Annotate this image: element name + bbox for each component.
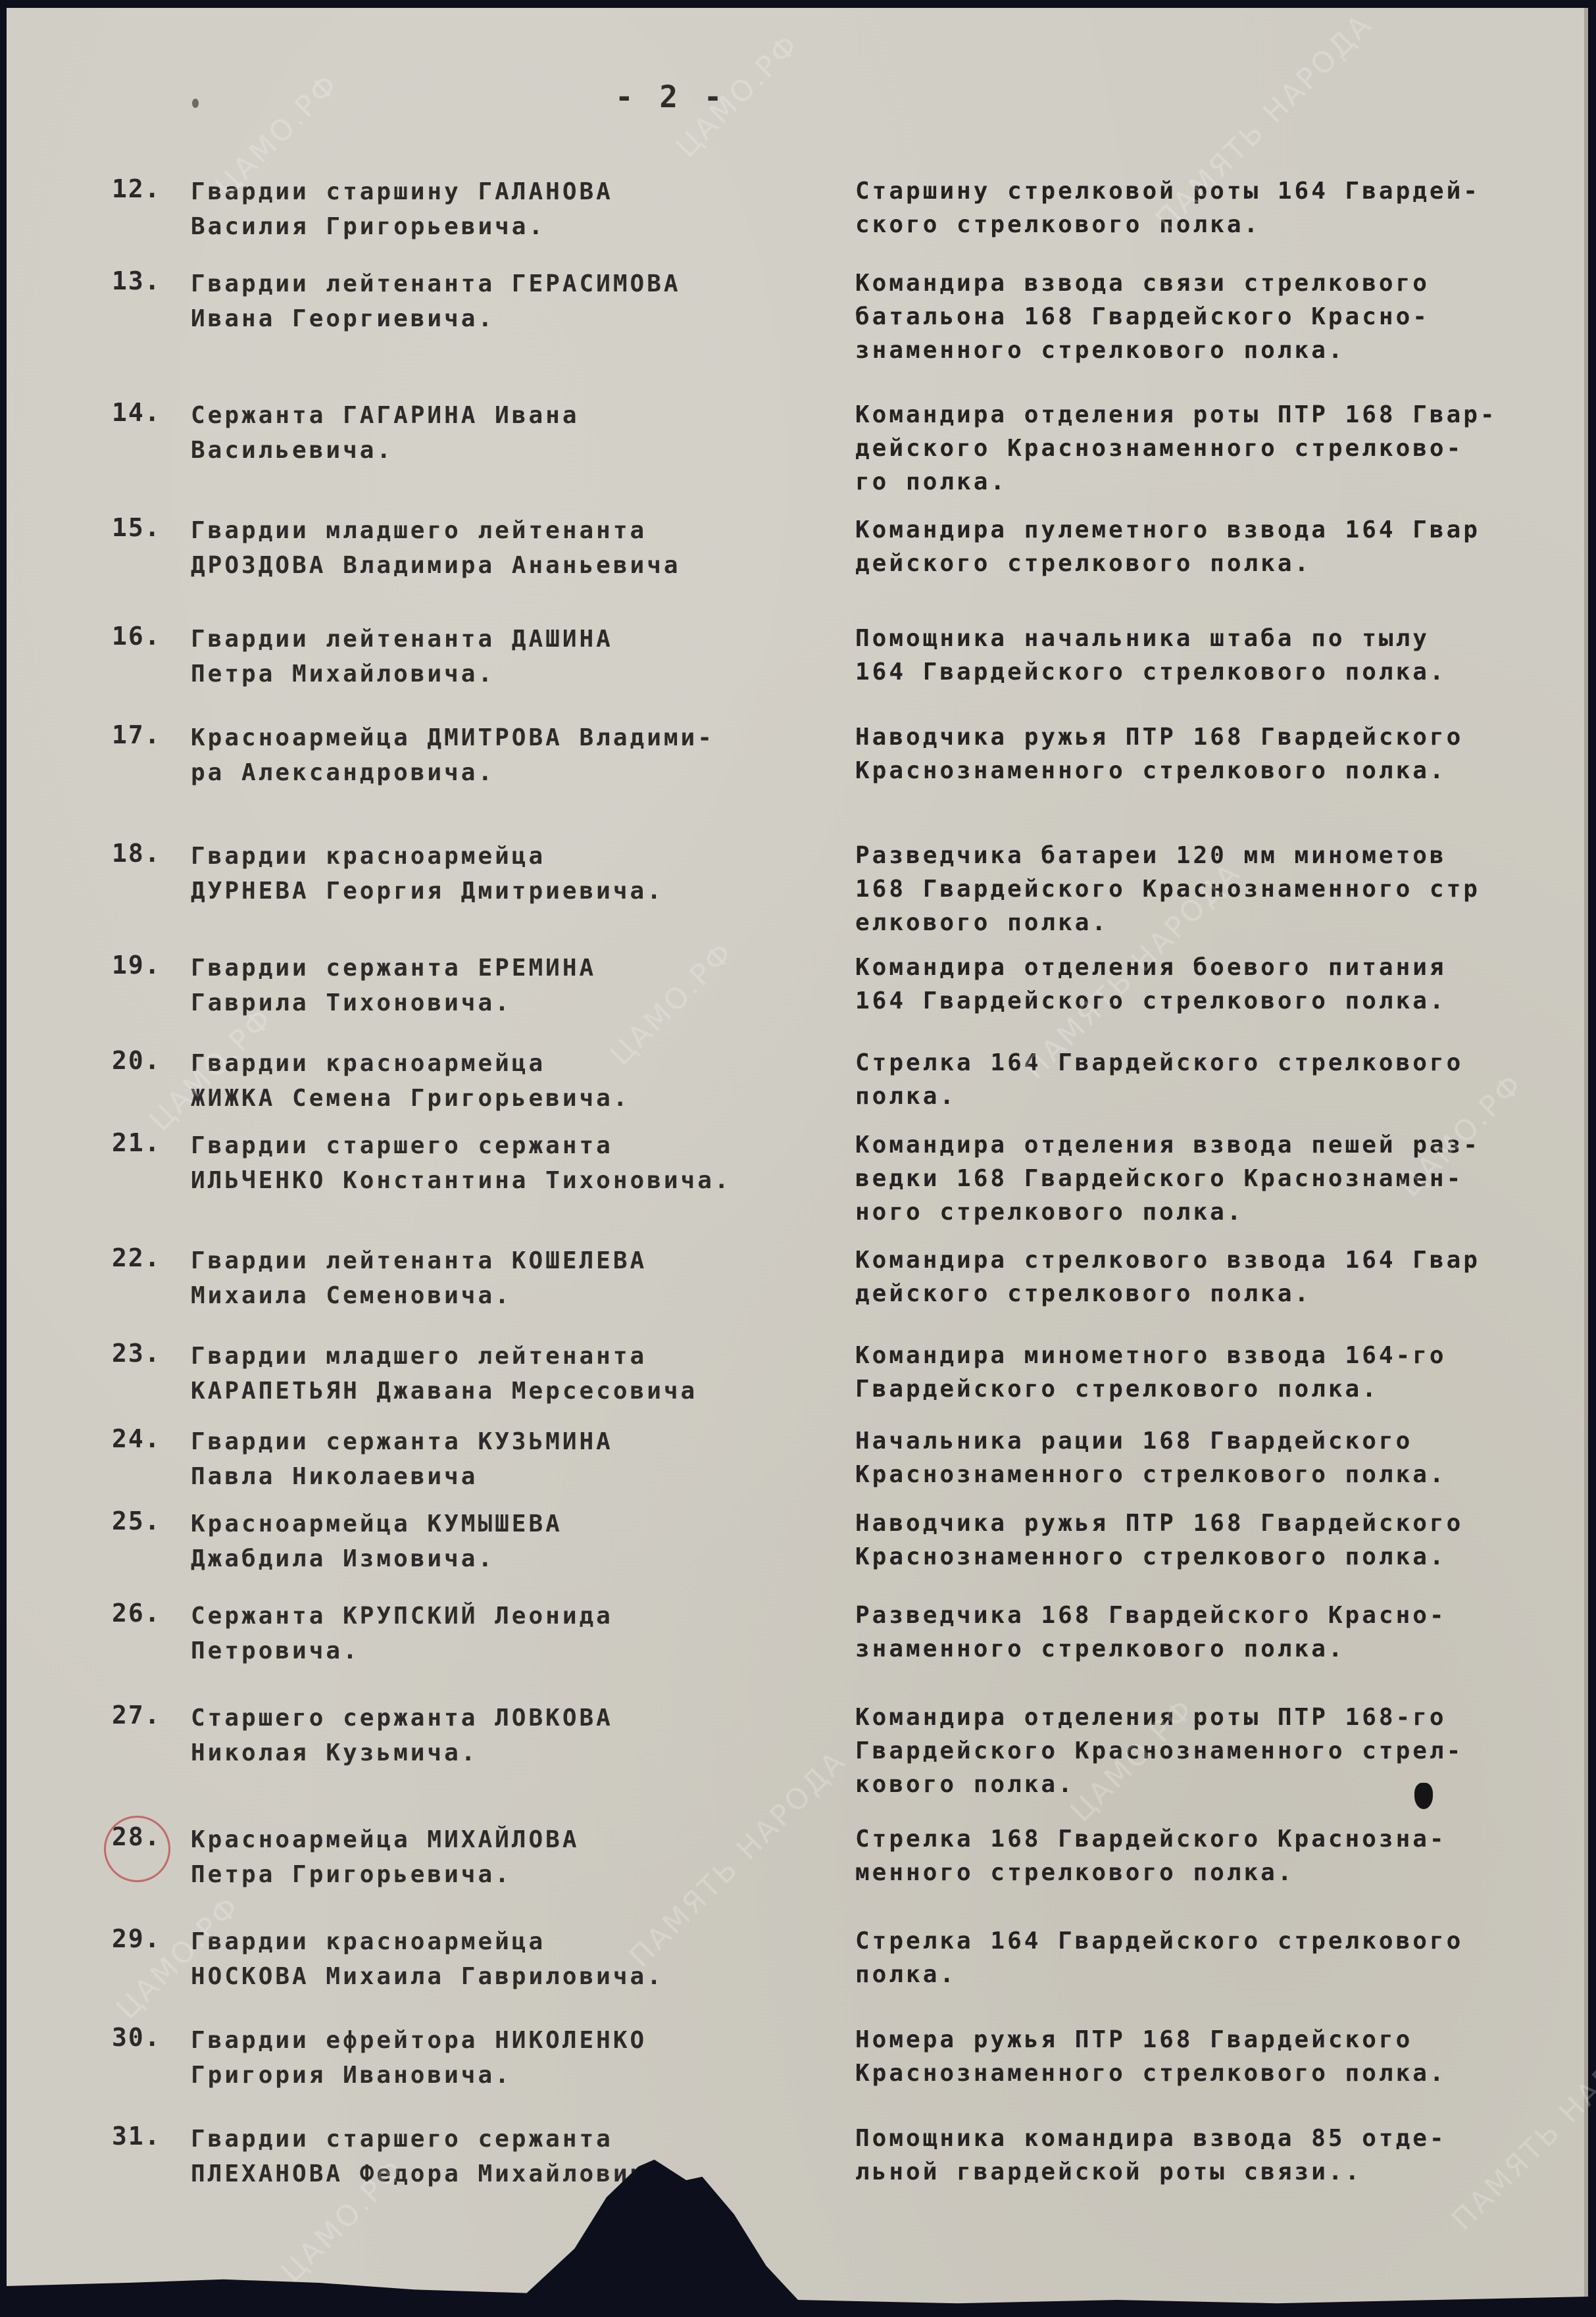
entry-number: 15. [112, 513, 161, 542]
entry-name: Гвардии старшего сержанта ПЛЕХАНОВА Федо… [191, 2122, 822, 2191]
entry-name: Гвардии младшего лейтенанта ДРОЗДОВА Вла… [191, 513, 822, 583]
entry-name: Гвардии младшего лейтенанта КАРАПЕТЬЯН Д… [191, 1339, 822, 1408]
entry-number: 25. [112, 1507, 161, 1535]
entry-position: Разведчика 168 Гвардейского Красно- знам… [855, 1599, 1592, 1666]
entry-number: 13. [112, 266, 161, 295]
entry-name: Красноармейца ДМИТРОВА Владими- ра Алекс… [191, 720, 822, 790]
entry-name: Сержанта КРУПСКИЙ Леонида Петровича. [191, 1599, 822, 1668]
entry-number: 24. [112, 1424, 161, 1453]
entry-number: 29. [112, 1924, 161, 1953]
entry-name: Гвардии сержанта ЕРЕМИНА Гаврила Тихонов… [191, 951, 822, 1020]
entry-number: 23. [112, 1339, 161, 1368]
ink-blot [1414, 1783, 1433, 1809]
entry-name: Красноармейца МИХАЙЛОВА Петра Григорьеви… [191, 1822, 822, 1892]
entry-number: 30. [112, 2023, 161, 2052]
entry-name: Гвардии красноармейца ЖИЖКА Семена Григо… [191, 1046, 822, 1116]
entry-position: Помощника начальника штаба по тылу 164 Г… [855, 622, 1592, 689]
entry-number: 14. [112, 398, 161, 427]
entry-number: 12. [112, 174, 161, 203]
entry-position: Стрелка 164 Гвардейского стрелкового пол… [855, 1046, 1592, 1113]
entry-name: Сержанта ГАГАРИНА Ивана Васильевича. [191, 398, 822, 468]
entry-position: Наводчика ружья ПТР 168 Гвардейского Кра… [855, 1507, 1592, 1574]
entry-number: 27. [112, 1701, 161, 1730]
entry-number: 20. [112, 1046, 161, 1075]
entry-name: Гвардии ефрейтора НИКОЛЕНКО Григория Ива… [191, 2023, 822, 2093]
entry-number: 22. [112, 1243, 161, 1272]
entry-position: Командира стрелкового взвода 164 Гвар де… [855, 1243, 1592, 1310]
entry-position: Старшину стрелковой роты 164 Гвардей- ск… [855, 174, 1592, 241]
entry-position: Стрелка 164 Гвардейского стрелкового пол… [855, 1924, 1592, 1991]
entry-position: Командира минометного взвода 164-го Гвар… [855, 1339, 1592, 1406]
entry-position: Командира отделения роты ПТР 168-го Гвар… [855, 1701, 1592, 1801]
entry-number: 28. [112, 1822, 161, 1851]
entry-name: Гвардии лейтенанта ГЕРАСИМОВА Ивана Геор… [191, 266, 822, 336]
entry-position: Командира отделения боевого питания 164 … [855, 951, 1592, 1018]
entry-position: Командира отделения взвода пешей раз- ве… [855, 1128, 1592, 1229]
entry-position: Командира пулеметного взвода 164 Гвар де… [855, 513, 1592, 580]
entry-number: 19. [112, 951, 161, 980]
entry-name: Красноармейца КУМЫШЕВА Джабдила Измовича… [191, 1507, 822, 1576]
entry-name: Гвардии сержанта КУЗЬМИНА Павла Николаев… [191, 1424, 822, 1494]
entry-number: 31. [112, 2122, 161, 2151]
entry-name: Гвардии лейтенанта ДАШИНА Петра Михайлов… [191, 622, 822, 691]
entry-name: Гвардии красноармейца ДУРНЕВА Георгия Дм… [191, 839, 822, 909]
entry-number: 18. [112, 839, 161, 868]
entry-position: Номера ружья ПТР 168 Гвардейского Красно… [855, 2023, 1592, 2090]
entry-position: Стрелка 168 Гвардейского Краснозна- менн… [855, 1822, 1592, 1889]
entry-name: Гвардии старшего сержанта ИЛЬЧЕНКО Конст… [191, 1128, 822, 1198]
entry-number: 17. [112, 720, 161, 749]
entry-number: 21. [112, 1128, 161, 1157]
entry-name: Гвардии красноармейца НОСКОВА Михаила Га… [191, 1924, 822, 1994]
entry-name: Гвардии старшину ГАЛАНОВА Василия Григор… [191, 174, 822, 244]
entry-number: 26. [112, 1599, 161, 1628]
punch-mark [192, 99, 199, 108]
entry-name: Гвардии лейтенанта КОШЕЛЕВА Михаила Семе… [191, 1243, 822, 1313]
entry-position: Наводчика ружья ПТР 168 Гвардейского Кра… [855, 720, 1592, 787]
entry-position: Помощника командира взвода 85 отде- льно… [855, 2122, 1592, 2189]
entry-number: 16. [112, 622, 161, 651]
entry-position: Командира взвода связи стрелкового батал… [855, 266, 1592, 367]
entry-position: Разведчика батареи 120 мм минометов 168 … [855, 839, 1592, 939]
entry-position: Командира отделения роты ПТР 168 Гвар- д… [855, 398, 1592, 499]
entry-name: Старшего сержанта ЛОВКОВА Николая Кузьми… [191, 1701, 822, 1770]
page-number: - 2 - [615, 79, 726, 114]
entry-position: Начальника рации 168 Гвардейского Красно… [855, 1424, 1592, 1491]
